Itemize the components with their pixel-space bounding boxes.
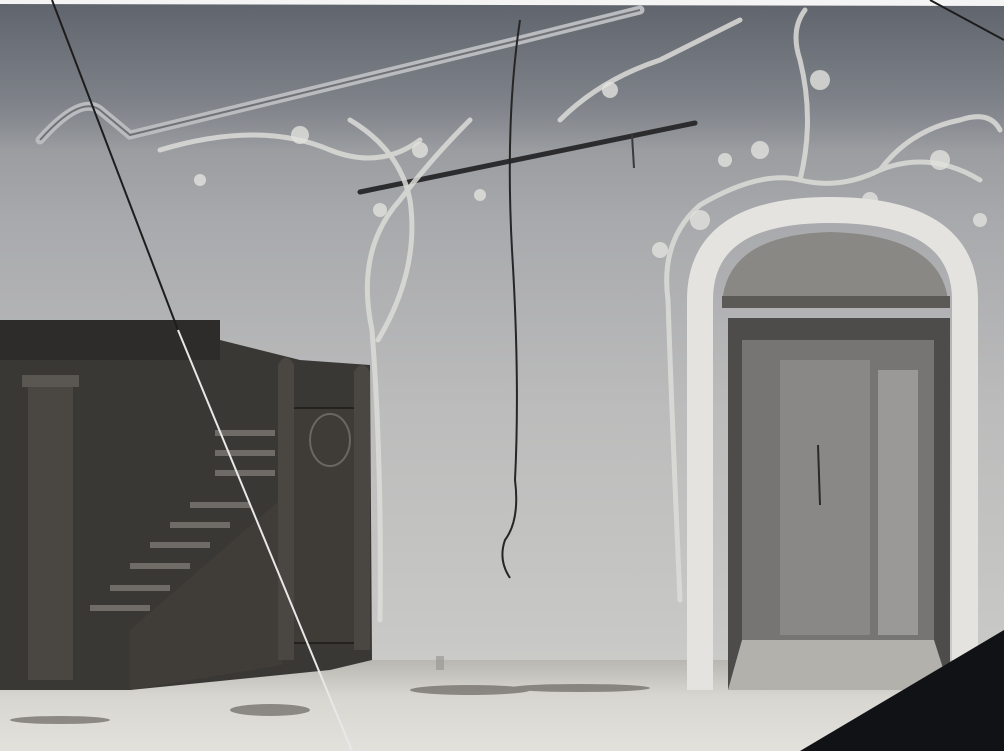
photograph: Black-and-white historical photograph of… [0,0,1004,751]
scene-illustration [0,0,1004,751]
